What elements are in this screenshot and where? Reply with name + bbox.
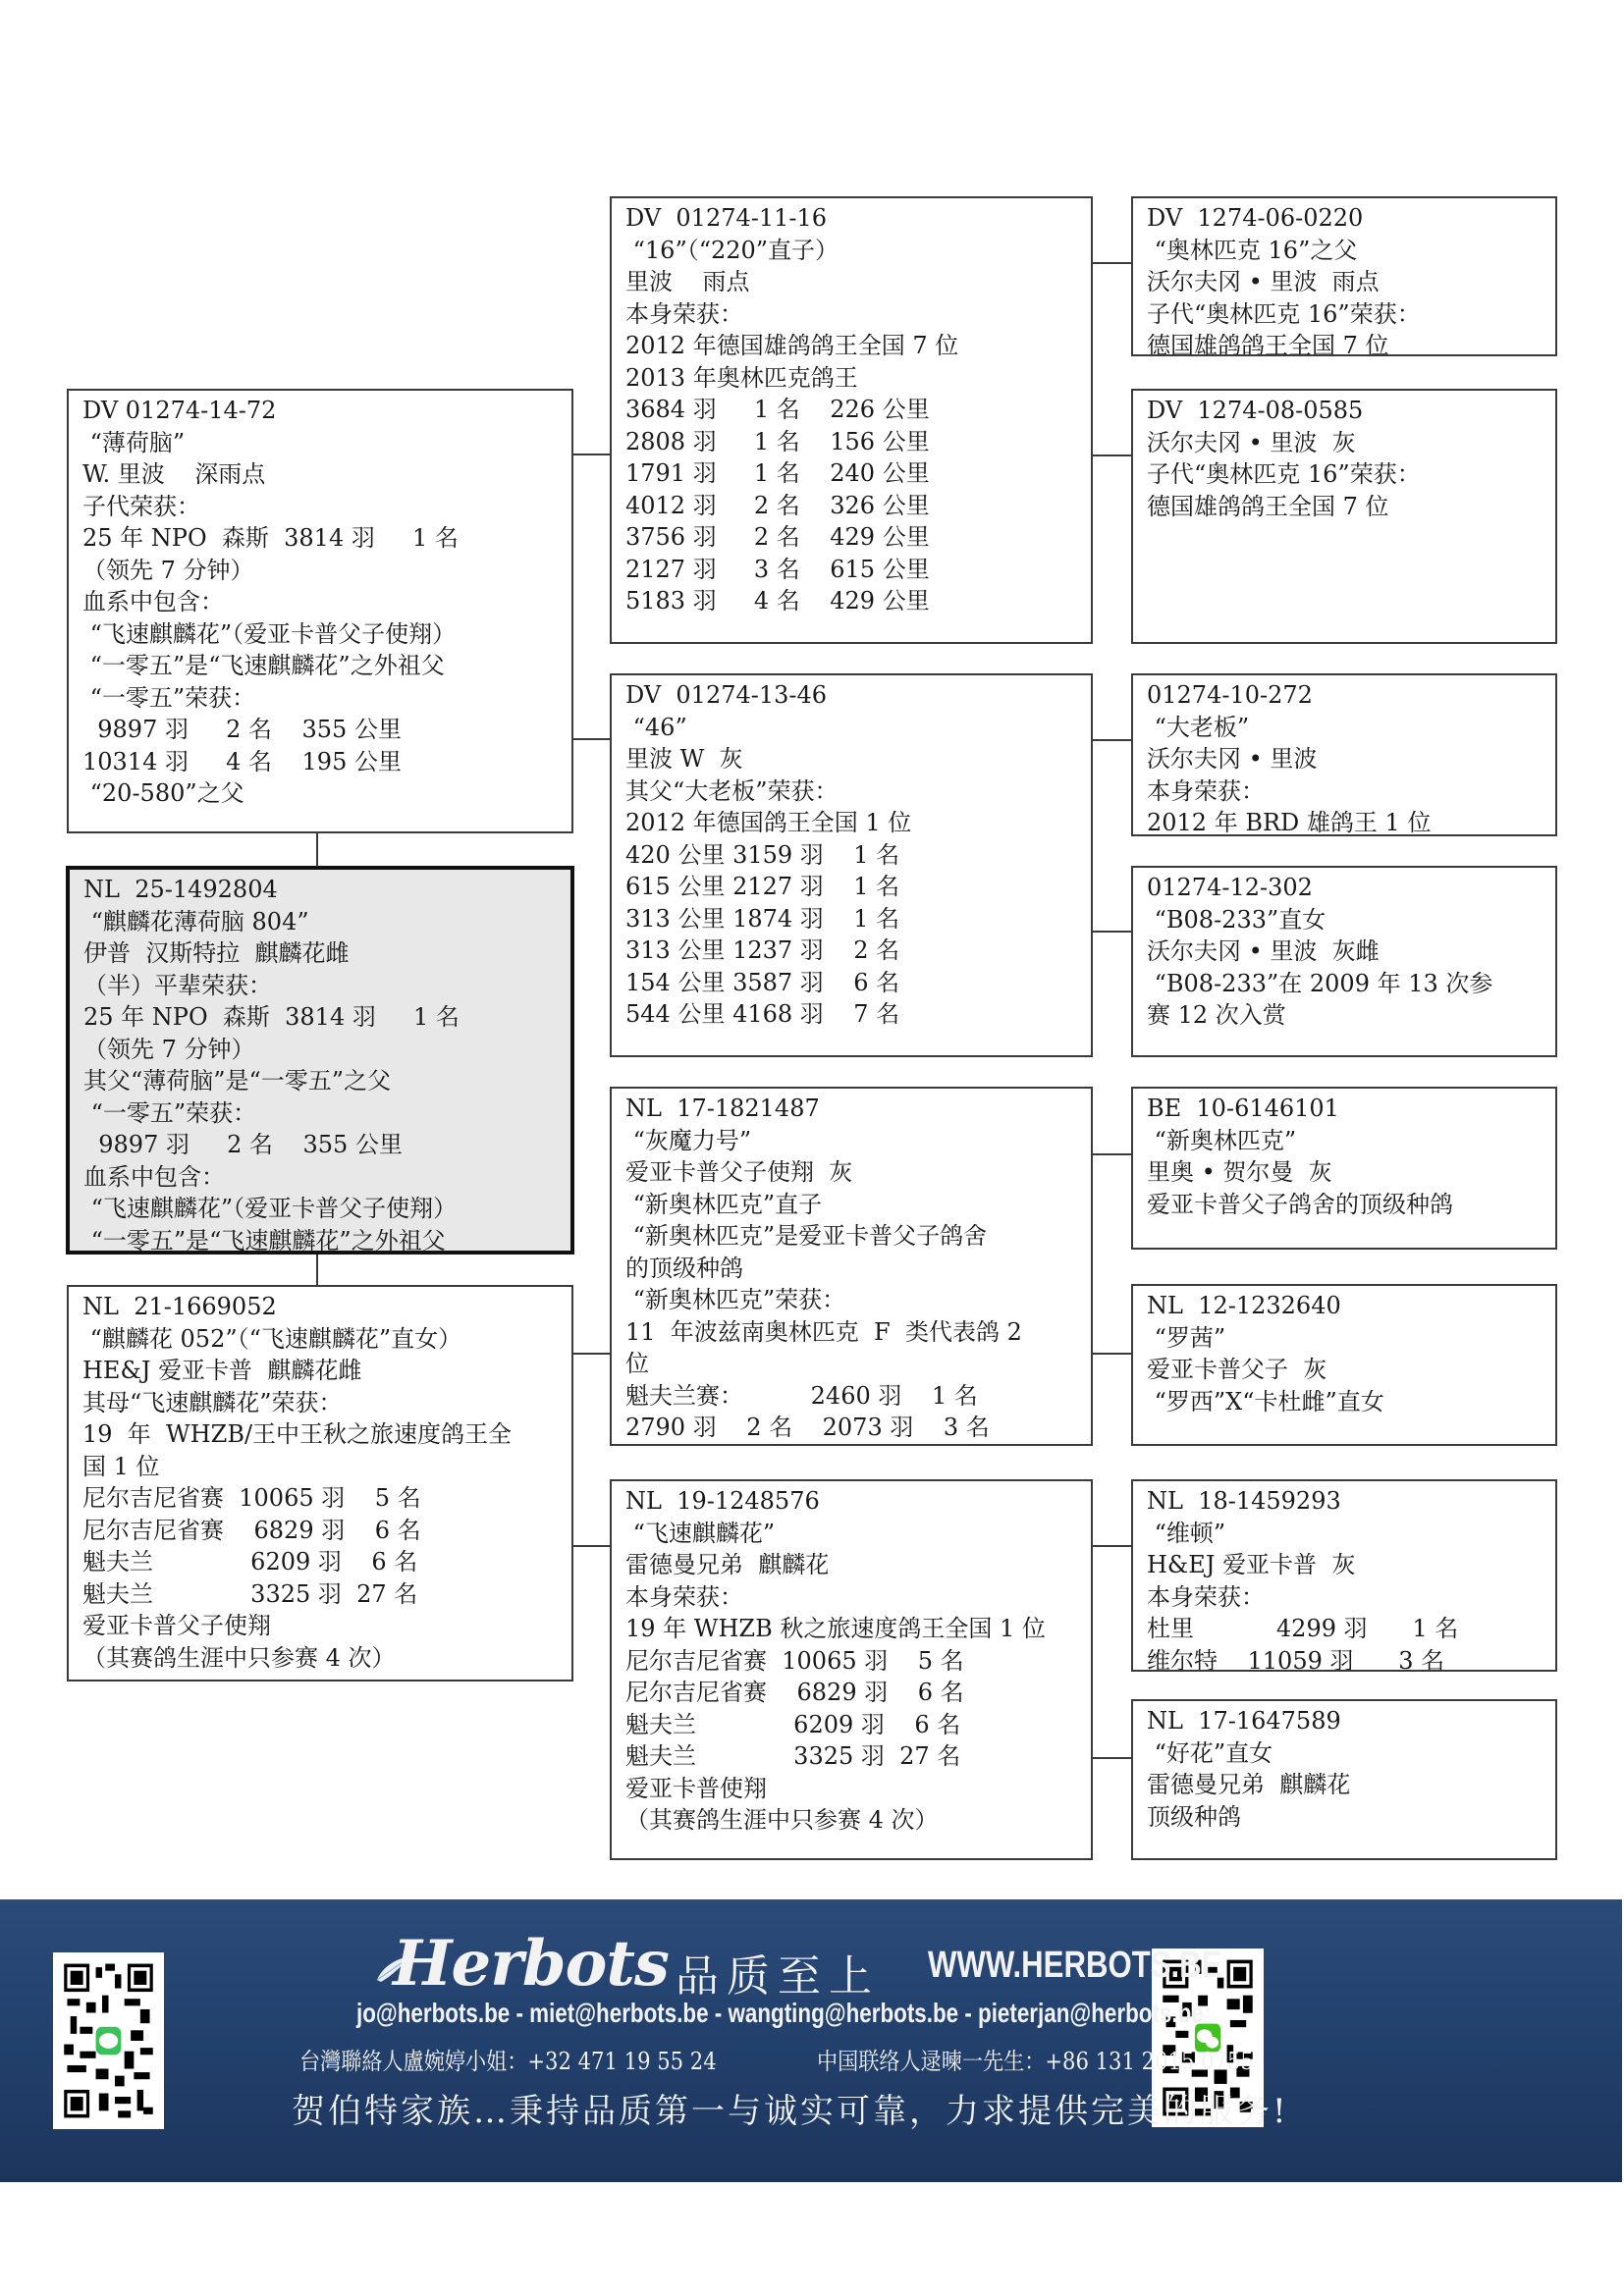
pedigree-line: 国 1 位 xyxy=(82,1451,571,1483)
pedigree-line: 德国雄鸽鸽王全国 7 位 xyxy=(1147,330,1555,356)
pedigree-line: 3684 羽 1 名 226 公里 xyxy=(625,394,1091,426)
pedigree-line: 2012 年德国雄鸽鸽王全国 7 位 xyxy=(625,330,1091,362)
pedigree-line: NL 17-1821487 xyxy=(625,1093,1091,1125)
connector-sire-to-sd xyxy=(573,738,610,740)
pedigree-line: 2808 羽 1 名 156 公里 xyxy=(625,426,1091,458)
pedigree-line: 杜里 4299 羽 1 名 xyxy=(1147,1613,1555,1645)
pedigree-line: 尼尔吉尼省赛 6829 羽 6 名 xyxy=(82,1515,571,1547)
connector-ds-to-dam xyxy=(1093,1353,1131,1355)
pedigree-line: “新奥林匹克”直子 xyxy=(625,1189,1091,1221)
dam-box: NL 21-1669052 “麒麟花 052”（“飞速麒麟花”直女）HE&J 爱… xyxy=(67,1285,573,1682)
sd-sire-box: 01274-10-272 “大老板”沃尔夫冈 • 里波本身荣获：2012 年 B… xyxy=(1131,673,1557,836)
pedigree-line: “16”（“220”直子） xyxy=(625,235,1091,267)
pedigree-line: 313 公里 1237 羽 2 名 xyxy=(625,934,1091,967)
pedigree-line: 尼尔吉尼省赛 10065 羽 5 名 xyxy=(625,1645,1091,1678)
dd-dam-box: NL 17-1647589 “好花”直女雷德曼兄弟 麒麟花顶级种鸽 xyxy=(1131,1699,1557,1860)
pedigree-line: 子代“奥林匹克 16”荣获： xyxy=(1147,458,1555,491)
pedigree-line: 本身荣获： xyxy=(625,298,1091,331)
pedigree-line: 615 公里 2127 羽 1 名 xyxy=(625,871,1091,903)
pedigree-line: （其赛鸽生涯中只参赛 4 次） xyxy=(82,1642,571,1675)
connector-ss-to-dam xyxy=(1093,454,1131,456)
pedigree-line: “B08-233”直女 xyxy=(1147,904,1555,936)
pedigree-line: 里波 雨点 xyxy=(625,266,1091,298)
pedigree-line: “新奥林匹克” xyxy=(1147,1125,1555,1157)
connector-sire-subject xyxy=(316,833,318,867)
connector-ds-to-sire xyxy=(1093,1153,1131,1155)
pedigree-line: （领先 7 分钟） xyxy=(83,1034,570,1066)
pedigree-line: “一零五”荣获： xyxy=(83,1097,570,1130)
pedigree-line: 544 公里 4168 羽 7 名 xyxy=(625,998,1091,1031)
pedigree-line: “新奥林匹克”荣获： xyxy=(625,1284,1091,1316)
pedigree-line: 沃尔夫冈 • 里波 灰 xyxy=(1147,427,1555,459)
pedigree-line: 其母“飞速麒麟花”荣获： xyxy=(82,1387,571,1419)
pedigree-line: 2012 年德国鸽王全国 1 位 xyxy=(625,807,1091,839)
pedigree-line: 赛 12 次入赏 xyxy=(1147,999,1555,1032)
connector-dam-to-ds xyxy=(573,1353,610,1355)
pedigree-line: 里波 W 灰 xyxy=(625,743,1091,775)
pedigree-line: 沃尔夫冈 • 里波 雨点 xyxy=(1147,266,1555,298)
pedigree-line: 3756 羽 2 名 429 公里 xyxy=(625,521,1091,554)
pedigree-line: 2127 羽 3 名 615 公里 xyxy=(625,554,1091,586)
pedigree-line: 2790 羽 2 名 2073 羽 3 名 xyxy=(625,1412,1091,1444)
pedigree-line: 10314 羽 4 名 195 公里 xyxy=(82,746,571,778)
connector-dd-to-dam xyxy=(1093,1757,1131,1759)
pedigree-line: 沃尔夫冈 • 里波 xyxy=(1147,743,1555,775)
pedigree-line: 19 年 WHZB 秋之旅速度鸽王全国 1 位 xyxy=(625,1613,1091,1645)
connector-sd-to-dam xyxy=(1093,931,1131,933)
pedigree-line: 本身荣获： xyxy=(625,1581,1091,1614)
pedigree-line: BE 10-6146101 xyxy=(1147,1093,1555,1125)
pedigree-line: 420 公里 3159 羽 1 名 xyxy=(625,839,1091,872)
pedigree-line: NL 21-1669052 xyxy=(82,1291,571,1323)
qr-pattern-icon xyxy=(61,1960,156,2121)
pedigree-line: 11 年波兹南奥林匹克 F 类代表鸽 2 xyxy=(625,1316,1091,1349)
sd-dam-box: 01274-12-302 “B08-233”直女沃尔夫冈 • 里波 灰雌 “B0… xyxy=(1131,866,1557,1057)
pedigree-line: 01274-12-302 xyxy=(1147,872,1555,904)
pedigree-line: DV 01274-11-16 xyxy=(625,202,1091,235)
pedigree-line: “46” xyxy=(625,712,1091,744)
sire-sire-box: DV 01274-11-16 “16”（“220”直子）里波 雨点本身荣获：20… xyxy=(610,196,1093,644)
pedigree-line: 01274-10-272 xyxy=(1147,679,1555,712)
pedigree-line: 沃尔夫冈 • 里波 灰雌 xyxy=(1147,935,1555,968)
pedigree-line: 雷德曼兄弟 麒麟花 xyxy=(625,1549,1091,1581)
pedigree-line: 4012 羽 2 名 326 公里 xyxy=(625,490,1091,522)
pedigree-line: “一零五”是“飞速麒麟花”之外祖父 xyxy=(82,650,571,682)
tagline: 品质至上 xyxy=(676,1941,880,2003)
pedigree-line: 爱亚卡普父子使翔 xyxy=(82,1610,571,1642)
contact-china: 中国联络人逯暕一先生：+86 131 2015 0755 xyxy=(817,2042,1254,2076)
pedigree-line: NL 25-1492804 xyxy=(83,874,570,906)
pedigree-line: 位 xyxy=(625,1348,1091,1380)
pedigree-line: “维顿” xyxy=(1147,1518,1555,1550)
pedigree-line: “麒麟花 052”（“飞速麒麟花”直女） xyxy=(82,1323,571,1356)
subject-pigeon-box: NL 25-1492804 “麒麟花薄荷脑 804”伊普 汉斯特拉 麒麟花雌（半… xyxy=(66,866,574,1255)
connector-ss-to-sire xyxy=(1093,262,1131,264)
connector-sd-to-sire xyxy=(1093,739,1131,741)
pedigree-line: （半）平辈荣获： xyxy=(83,970,570,1002)
sire-dam-box: DV 01274-13-46 “46”里波 W 灰其父“大老板”荣获：2012 … xyxy=(610,673,1093,1057)
ss-dam-box: DV 1274-08-0585沃尔夫冈 • 里波 灰子代“奥林匹克 16”荣获：… xyxy=(1131,389,1557,644)
pedigree-line: 9897 羽 2 名 355 公里 xyxy=(82,714,571,746)
pedigree-line: “罗西”X“卡杜雌”直女 xyxy=(1147,1386,1555,1418)
website-link[interactable]: WWW.HERBOTS.BE xyxy=(928,1945,1221,1987)
ds-sire-box: BE 10-6146101 “新奥林匹克”里奥 • 贺尔曼 灰爱亚卡普父子鸽舍的… xyxy=(1131,1087,1557,1250)
pedigree-line: H&EJ 爱亚卡普 灰 xyxy=(1147,1549,1555,1581)
pedigree-line: “灰魔力号” xyxy=(625,1125,1091,1157)
pedigree-line: “飞速麒麟花”（爱亚卡普父子使翔） xyxy=(82,618,571,651)
pedigree-line: 25 年 NPO 森斯 3814 羽 1 名 xyxy=(83,1001,570,1034)
pedigree-line: 154 公里 3587 羽 6 名 xyxy=(625,967,1091,999)
pedigree-line: 其父“薄荷脑”是“一零五”之父 xyxy=(83,1065,570,1097)
connector-sire-to-ss xyxy=(573,454,610,455)
pedigree-line: “飞速麒麟花”（爱亚卡普父子使翔） xyxy=(83,1193,570,1225)
herbots-logo: Herbots xyxy=(393,1927,669,2001)
pedigree-line: 血系中包含： xyxy=(82,586,571,618)
pedigree-line: DV 1274-08-0585 xyxy=(1147,395,1555,427)
pedigree-line: DV 01274-13-46 xyxy=(625,679,1091,712)
pedigree-line: NL 19-1248576 xyxy=(625,1485,1091,1518)
pedigree-line: W. 里波 深雨点 xyxy=(82,458,571,491)
connector-dam-to-dd xyxy=(573,1545,610,1547)
pedigree-line: 德国雄鸽鸽王全国 7 位 xyxy=(1147,491,1555,523)
pedigree-line: “好花”直女 xyxy=(1147,1737,1555,1770)
pedigree-line: 其父“大老板”荣获： xyxy=(625,775,1091,808)
pedigree-line: 2012 年 BRD 雄鸽王 1 位 xyxy=(1147,807,1555,836)
pedigree-line: 雷德曼兄弟 麒麟花 xyxy=(1147,1769,1555,1801)
pedigree-line: “新奥林匹克”是爱亚卡普父子鸽舍 xyxy=(625,1220,1091,1253)
pedigree-line: DV 01274-14-72 xyxy=(82,395,571,427)
pedigree-line: “一零五”是“飞速麒麟花”之外祖父 xyxy=(83,1225,570,1255)
pedigree-line: “大老板” xyxy=(1147,712,1555,744)
connector-dd-to-sire xyxy=(1093,1545,1131,1547)
pedigree-line: NL 12-1232640 xyxy=(1147,1290,1555,1322)
ds-dam-box: NL 12-1232640 “罗茜”爱亚卡普父子 灰 “罗西”X“卡杜雌”直女 xyxy=(1131,1284,1557,1446)
pedigree-line: 魁夫兰 3325 羽 27 名 xyxy=(82,1578,571,1611)
pedigree-line: 19 年 WHZB/王中王秋之旅速度鸽王全 xyxy=(82,1418,571,1451)
pedigree-line: 2013 年奥林匹克鸽王 xyxy=(625,362,1091,395)
footer-banner: Herbots 品质至上 WWW.HERBOTS.BE jo@herbots.b… xyxy=(0,1899,1622,2182)
pedigree-line: “罗茜” xyxy=(1147,1322,1555,1355)
pedigree-line: NL 17-1647589 xyxy=(1147,1705,1555,1737)
pedigree-line: NL 18-1459293 xyxy=(1147,1485,1555,1518)
ss-sire-box: DV 1274-06-0220 “奥林匹克 16”之父沃尔夫冈 • 里波 雨点子… xyxy=(1131,196,1557,356)
pedigree-line: 爱亚卡普使翔 xyxy=(625,1773,1091,1805)
pedigree-line: 本身荣获： xyxy=(1147,775,1555,808)
pedigree-line: （其赛鸽生涯中只参赛 4 次） xyxy=(625,1804,1091,1837)
dam-sire-box: NL 17-1821487 “灰魔力号”爱亚卡普父子使翔 灰 “新奥林匹克”直子… xyxy=(610,1087,1093,1446)
pedigree-line: “一零五”荣获： xyxy=(82,682,571,715)
pedigree-line: 313 公里 1874 羽 1 名 xyxy=(625,903,1091,935)
pedigree-line: 25 年 NPO 森斯 3814 羽 1 名 xyxy=(82,522,571,555)
pedigree-line: “B08-233”在 2009 年 13 次参 xyxy=(1147,968,1555,1000)
pedigree-line: “薄荷脑” xyxy=(82,427,571,459)
dam-dam-box: NL 19-1248576 “飞速麒麟花”雷德曼兄弟 麒麟花本身荣获：19 年 … xyxy=(610,1479,1093,1860)
pedigree-line: DV 1274-06-0220 xyxy=(1147,202,1555,235)
pedigree-line: 5183 羽 4 名 429 公里 xyxy=(625,585,1091,617)
connector-subject-dam xyxy=(316,1255,318,1286)
pedigree-line: 魁夫兰 6209 羽 6 名 xyxy=(625,1709,1091,1741)
pedigree-line: 子代荣获： xyxy=(82,491,571,523)
qr-code-line[interactable] xyxy=(53,1952,164,2129)
pedigree-line: 血系中包含： xyxy=(83,1161,570,1194)
email-links[interactable]: jo@herbots.be - miet@herbots.be - wangti… xyxy=(356,1998,1204,2029)
pedigree-line: 尼尔吉尼省赛 6829 羽 6 名 xyxy=(625,1677,1091,1709)
pedigree-line: 的顶级种鸽 xyxy=(625,1253,1091,1285)
slogan: 贺伯特家族…秉持品质第一与诚实可靠，力求提供完美的服务! xyxy=(292,2084,1289,2132)
pedigree-line: （领先 7 分钟） xyxy=(82,555,571,587)
pedigree-line: 1791 羽 1 名 240 公里 xyxy=(625,457,1091,490)
pedigree-line: 魁夫兰 6209 羽 6 名 xyxy=(82,1546,571,1578)
pedigree-line: 魁夫兰 3325 羽 27 名 xyxy=(625,1740,1091,1773)
pedigree-line: “飞速麒麟花” xyxy=(625,1518,1091,1550)
pedigree-line: 顶级种鸽 xyxy=(1147,1801,1555,1834)
pedigree-line: “麒麟花薄荷脑 804” xyxy=(83,906,570,938)
pedigree-line: 爱亚卡普父子鸽舍的顶级种鸽 xyxy=(1147,1189,1555,1221)
dd-sire-box: NL 18-1459293 “维顿”H&EJ 爱亚卡普 灰本身荣获：杜里 429… xyxy=(1131,1479,1557,1672)
pedigree-line: 爱亚卡普父子 灰 xyxy=(1147,1354,1555,1386)
pedigree-line: 伊普 汉斯特拉 麒麟花雌 xyxy=(83,937,570,970)
pedigree-line: 尼尔吉尼省赛 10065 羽 5 名 xyxy=(82,1482,571,1515)
pedigree-line: 子代“奥林匹克 16”荣获： xyxy=(1147,298,1555,331)
sire-box: DV 01274-14-72 “薄荷脑”W. 里波 深雨点子代荣获：25 年 N… xyxy=(67,389,573,833)
pedigree-line: 维尔特 11059 羽 3 名 xyxy=(1147,1645,1555,1673)
pedigree-line: 魁夫兰赛： 2460 羽 1 名 xyxy=(625,1380,1091,1413)
pedigree-line: 爱亚卡普父子使翔 灰 xyxy=(625,1156,1091,1189)
pedigree-line: 里奥 • 贺尔曼 灰 xyxy=(1147,1156,1555,1189)
pedigree-line: “20-580”之父 xyxy=(82,777,571,810)
contact-taiwan: 台灣聯絡人盧婉婷小姐：+32 471 19 55 24 xyxy=(299,2042,717,2076)
pedigree-line: 9897 羽 2 名 355 公里 xyxy=(83,1129,570,1161)
pedigree-line: “奥林匹克 16”之父 xyxy=(1147,235,1555,267)
pedigree-line: HE&J 爱亚卡普 麒麟花雌 xyxy=(82,1355,571,1387)
pedigree-line: 本身荣获： xyxy=(1147,1581,1555,1614)
